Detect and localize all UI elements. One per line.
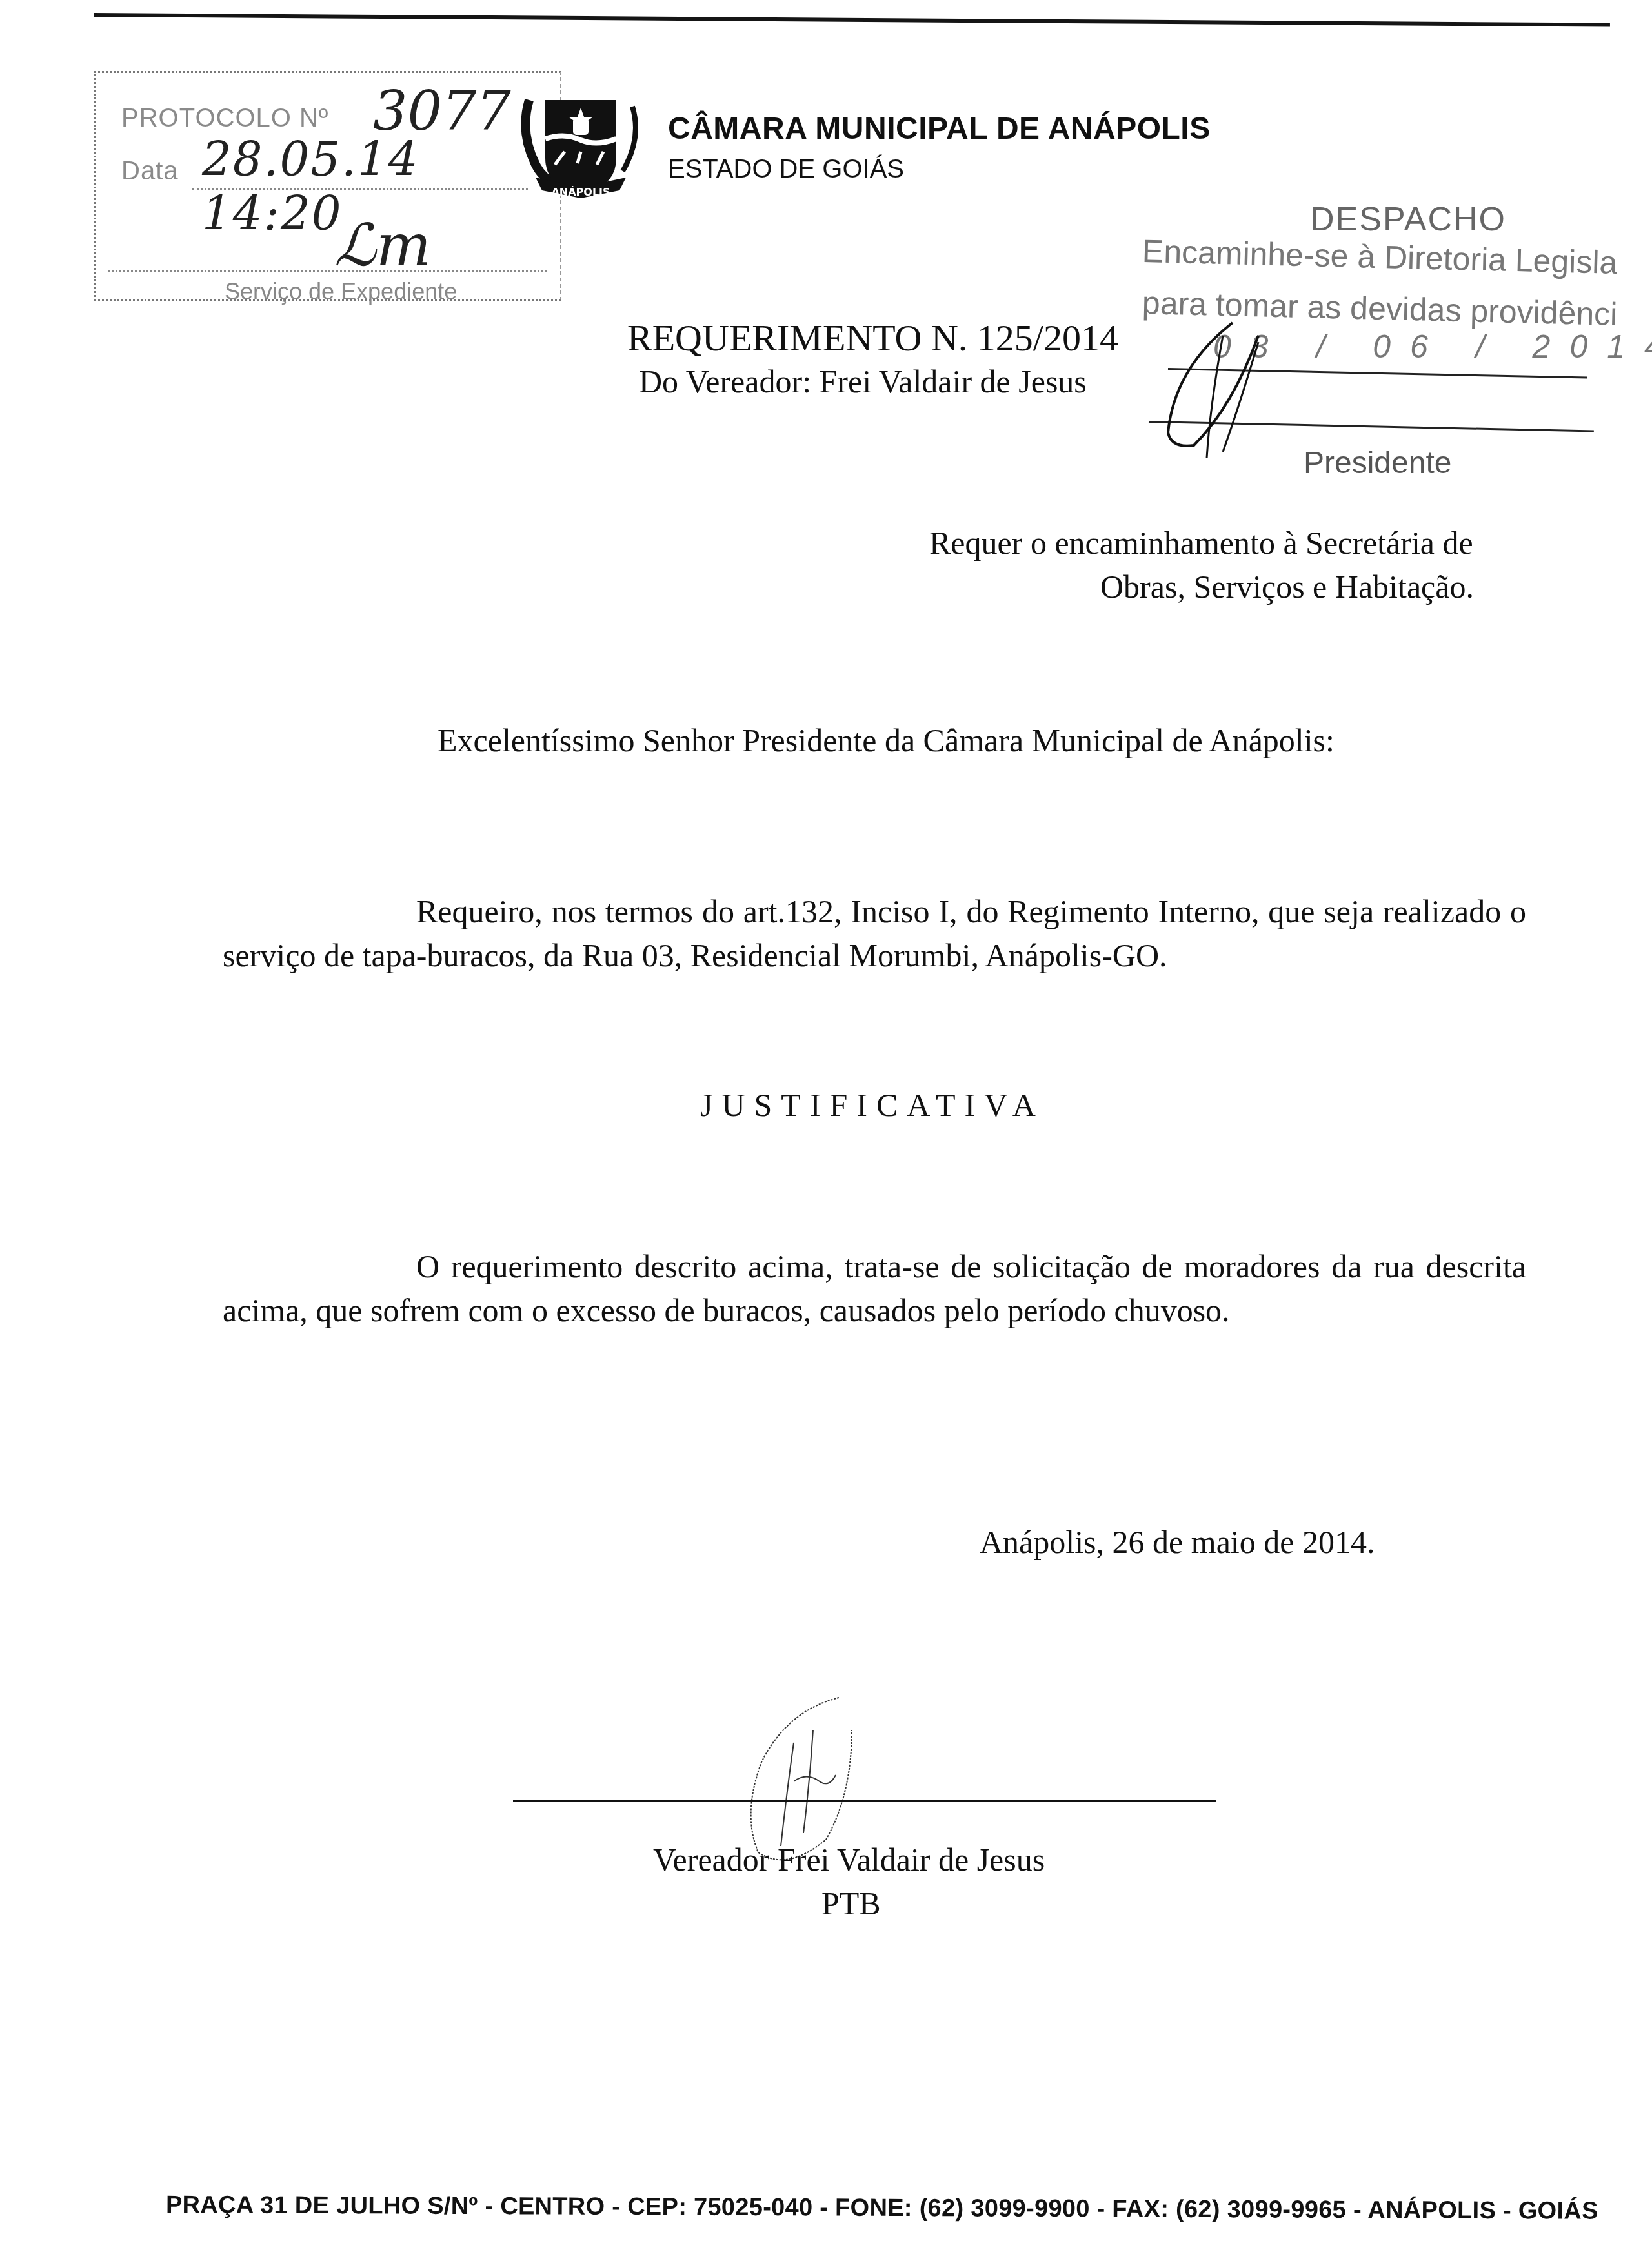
signer-party: PTB [821, 1885, 881, 1922]
ementa-line-1: Requer o encaminhamento à Secretária de [929, 524, 1473, 562]
despacho-title: DESPACHO [1310, 200, 1506, 239]
despacho-line-1: Encaminhe-se à Diretoria Legisla [1142, 232, 1618, 281]
request-paragraph: Requeiro, nos termos do art.132, Inciso … [223, 889, 1526, 977]
despacho-signer-role: Presidente [1304, 445, 1451, 481]
vocative: Excelentíssimo Senhor Presidente da Câma… [438, 722, 1335, 759]
document-title: REQUERIMENTO N. 125/2014 [627, 316, 1118, 360]
date-dotted-line [192, 188, 528, 190]
president-signature [1155, 310, 1297, 465]
signer-name: Vereador Frei Valdair de Jesus [653, 1841, 1045, 1878]
coat-of-arms-icon: ANÁPOLIS [516, 81, 645, 210]
protocol-date-label: Data [121, 157, 179, 186]
signature-rule [513, 1800, 1216, 1802]
institution-name: CÂMARA MUNICIPAL DE ANÁPOLIS [668, 111, 1211, 147]
justification-paragraph: O requerimento descrito acima, trata-se … [223, 1244, 1526, 1332]
stamp-signature: ℒm [334, 212, 431, 279]
protocol-label: PROTOCOLO Nº [121, 104, 328, 133]
document-author: Do Vereador: Frei Valdair de Jesus [639, 363, 1087, 400]
footer-address: PRAÇA 31 DE JULHO S/Nº - CENTRO - CEP: 7… [166, 2191, 1598, 2226]
place-date: Anápolis, 26 de maio de 2014. [980, 1523, 1375, 1561]
scan-top-rule [94, 13, 1610, 27]
protocol-stamp: PROTOCOLO Nº 3077 Data 28.05.14 14:20 ℒm… [94, 71, 561, 301]
justification-heading: JUSTIFICATIVA [700, 1086, 1045, 1124]
institution-state: ESTADO DE GOIÁS [668, 155, 904, 184]
protocol-footer-label: Serviço de Expediente [225, 278, 457, 305]
svg-text:ANÁPOLIS: ANÁPOLIS [551, 186, 610, 198]
ementa-line-2: Obras, Serviços e Habitação. [1100, 568, 1474, 605]
signature-dotted-line [108, 270, 547, 272]
